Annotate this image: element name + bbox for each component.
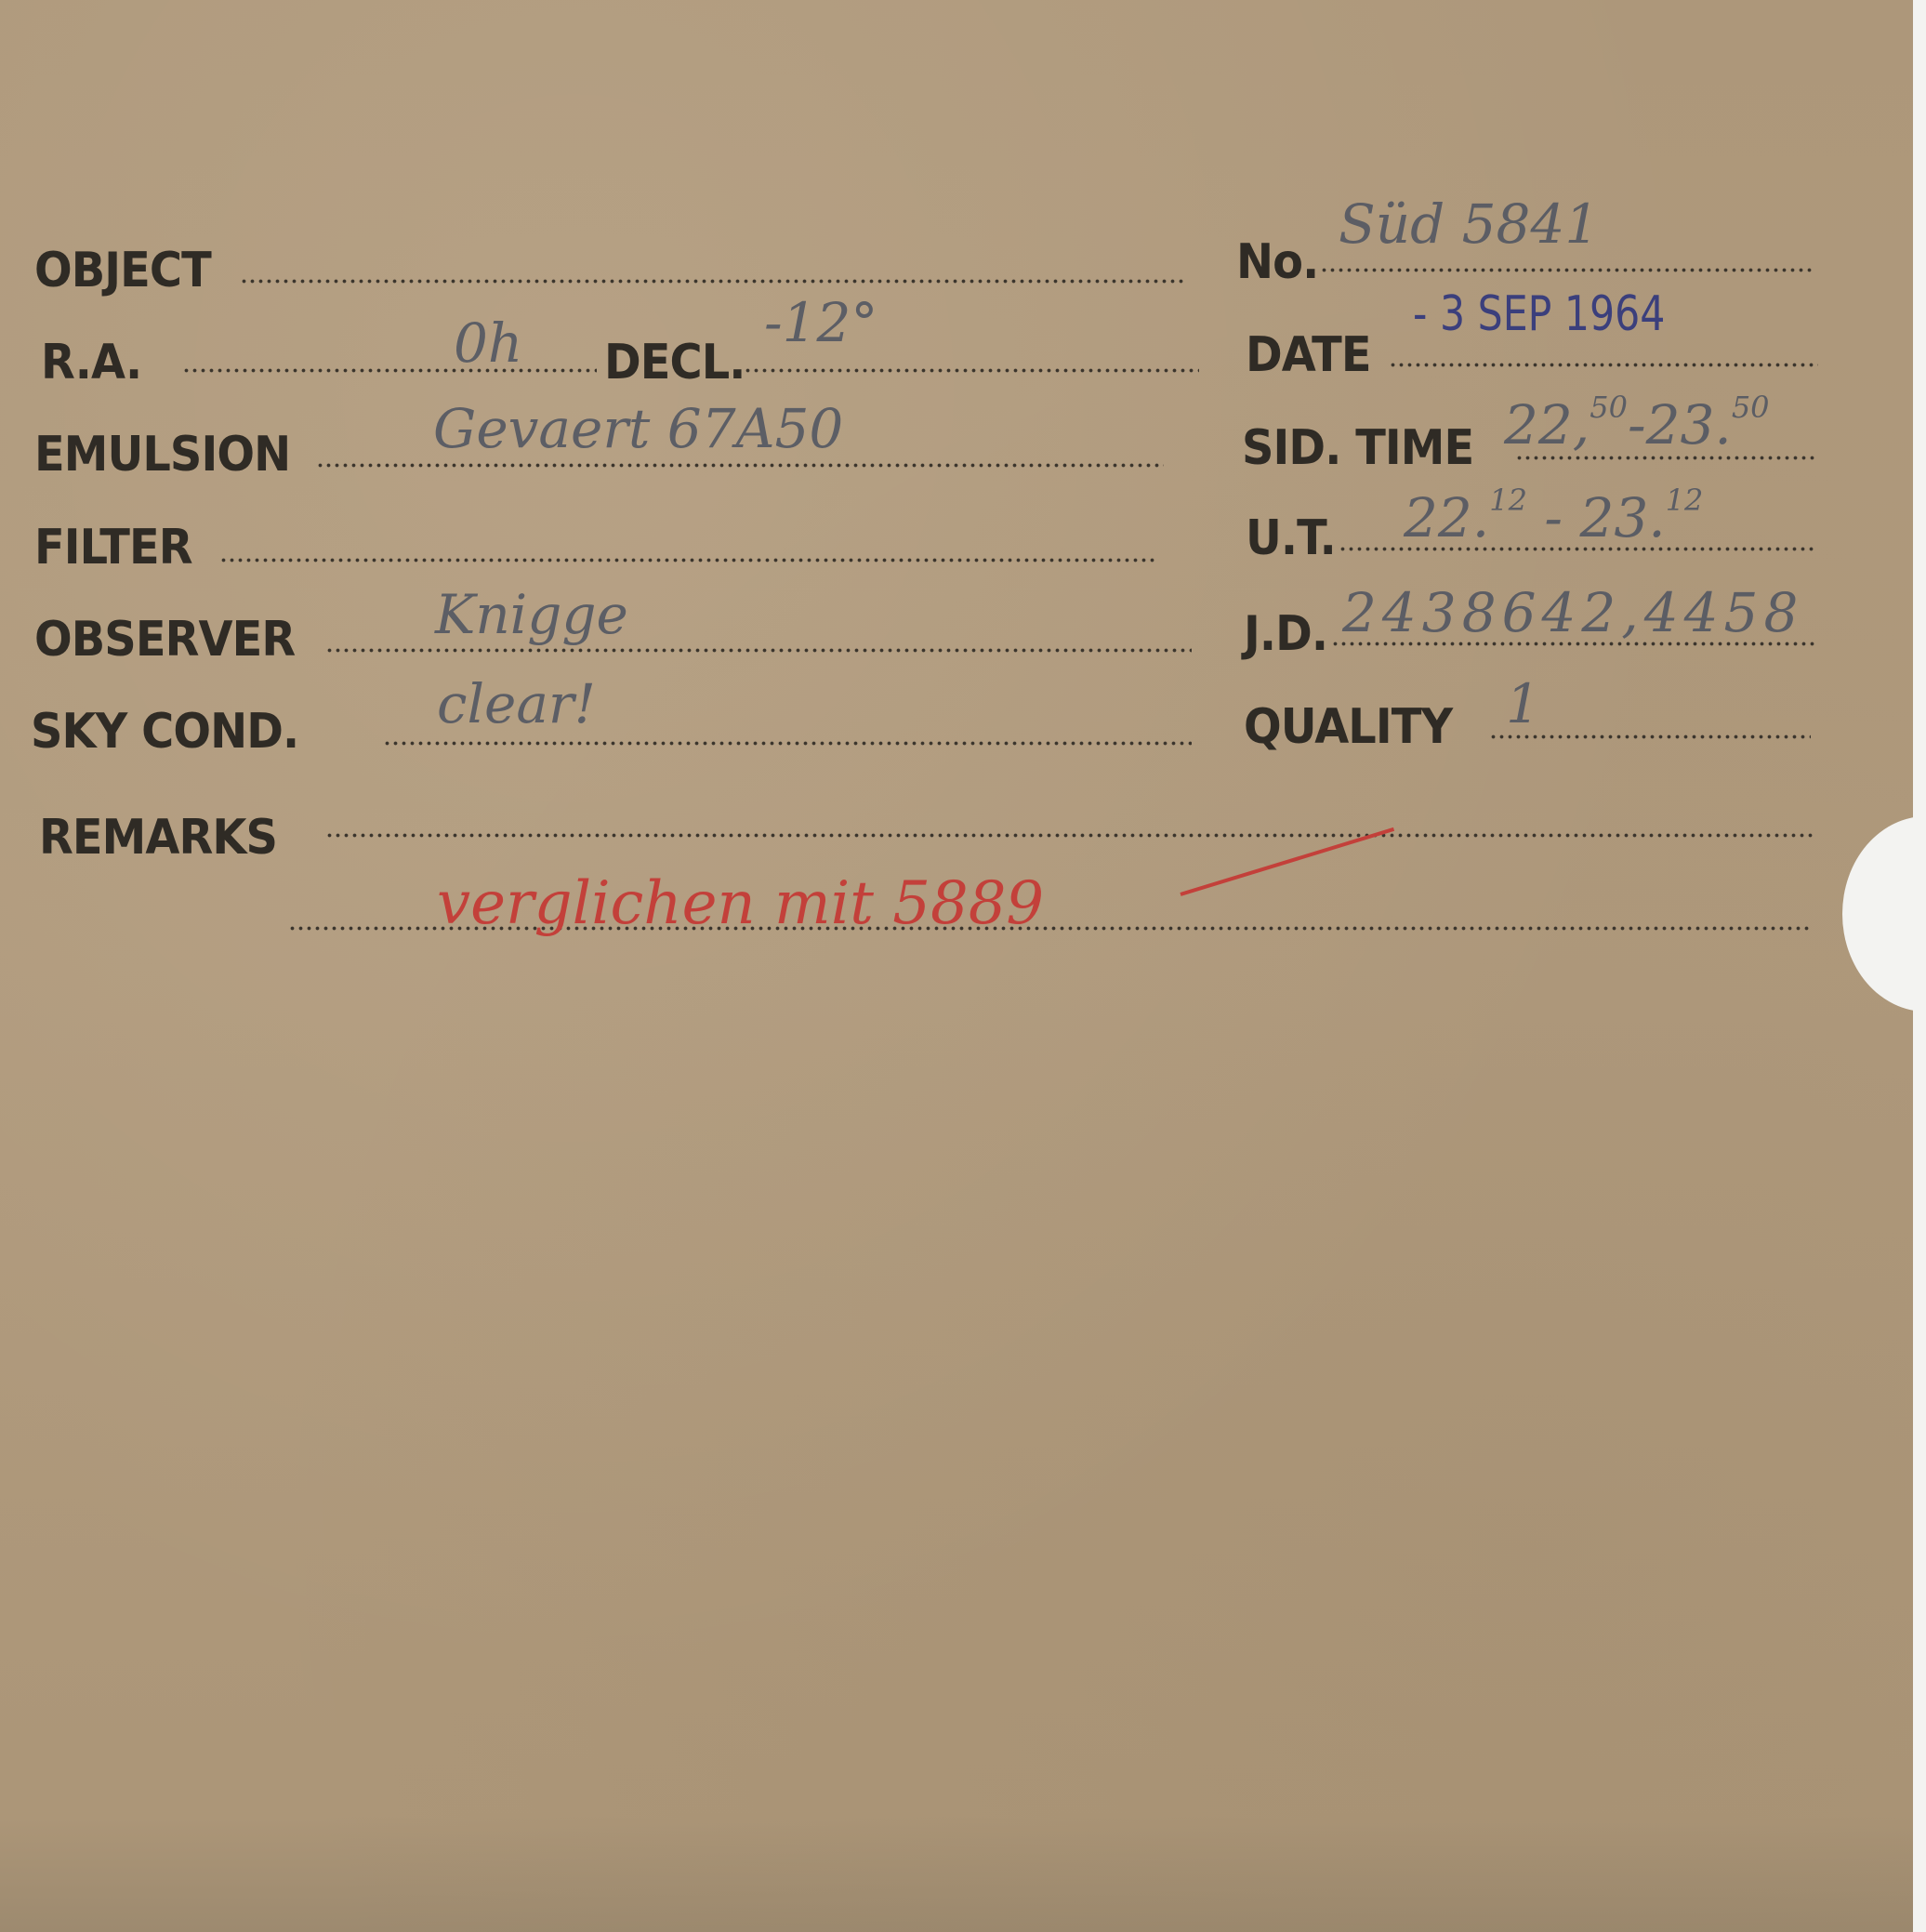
decl-field-line: [744, 368, 1199, 373]
ut-end-hour: - 23.: [1527, 486, 1666, 549]
observer-value: Knigge: [435, 588, 628, 642]
date-stamp-value: - 3 SEP 1964: [1413, 290, 1665, 338]
ut-start-hour: 22.: [1404, 486, 1489, 549]
label-filter: FILTER: [34, 523, 192, 572]
remarks-value: verglichen mit 5889: [437, 874, 1044, 933]
ra-value-text: 0h: [454, 311, 522, 375]
sid-time-start-min: 50: [1590, 390, 1628, 425]
sid-time-end-hour: -23.: [1628, 393, 1732, 457]
label-ra: R.A.: [41, 338, 141, 387]
label-quality: QUALITY: [1244, 703, 1452, 751]
ra-field-line: [182, 368, 597, 373]
label-object: OBJECT: [34, 246, 211, 295]
object-field-line: [240, 279, 1184, 284]
plate-envelope-card: OBJECT R.A. 0h DECL. -12° EMULSION Gevae…: [0, 0, 1913, 1932]
sid-time-start-hour: 22,: [1504, 393, 1590, 457]
label-jd: J.D.: [1244, 610, 1327, 658]
label-sky-cond: SKY COND.: [31, 708, 298, 756]
sid-time-value: 22,50-23.50: [1504, 398, 1770, 452]
ut-value: 22.12 - 23.12: [1404, 491, 1703, 545]
label-date: DATE: [1246, 331, 1371, 379]
ra-value: 0h: [454, 316, 522, 370]
sid-time-end-min: 50: [1732, 390, 1770, 425]
label-no: No.: [1236, 238, 1318, 286]
quality-value: 1: [1506, 677, 1540, 731]
label-ut: U.T.: [1246, 514, 1336, 562]
remarks-dash-stroke: [1180, 827, 1394, 896]
decl-value: -12°: [764, 296, 877, 350]
label-observer: OBSERVER: [34, 615, 295, 664]
ut-end-min: 12: [1666, 483, 1704, 518]
plate-number-value: Süd 5841: [1339, 197, 1599, 251]
no-field-line: [1320, 268, 1813, 272]
remarks-field-line-1: [325, 833, 1813, 838]
sky-cond-field-line: [383, 741, 1192, 746]
ut-start-min: 12: [1489, 483, 1527, 518]
label-decl: DECL.: [604, 338, 745, 387]
label-remarks: REMARKS: [39, 814, 277, 862]
date-field-line: [1389, 363, 1818, 367]
emulsion-field-line: [316, 463, 1164, 468]
sky-cond-value: clear!: [437, 677, 596, 731]
label-emulsion: EMULSION: [34, 430, 290, 479]
label-sid-time: SID. TIME: [1242, 424, 1473, 472]
julian-date-value: 2438642,4458: [1342, 586, 1803, 640]
observer-field-line: [325, 648, 1192, 653]
emulsion-value: Gevaert 67A50: [433, 402, 843, 456]
filter-field-line: [219, 558, 1158, 562]
